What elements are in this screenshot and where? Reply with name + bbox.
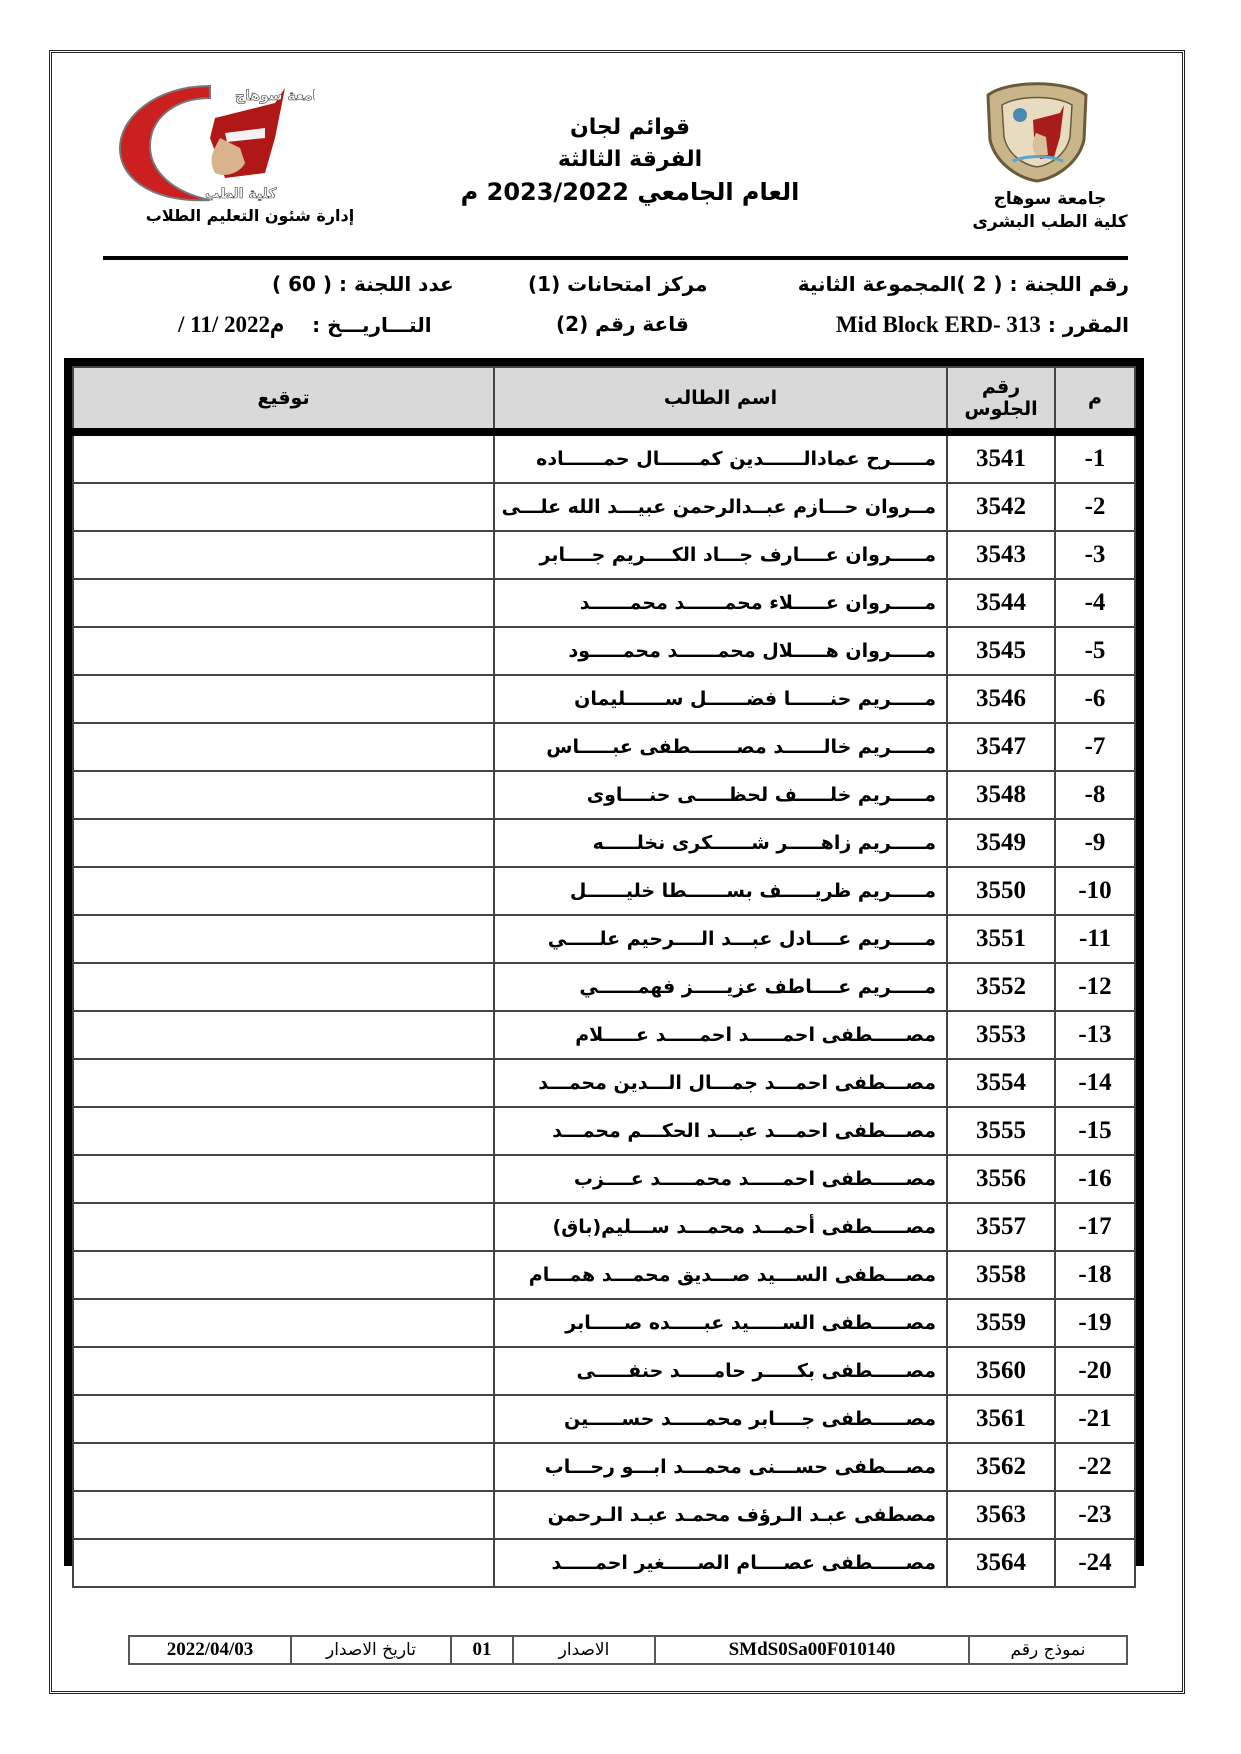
row-index: -2: [1055, 483, 1135, 531]
row-seat-number: 3556: [947, 1155, 1055, 1203]
row-index: -13: [1055, 1011, 1135, 1059]
date-label: التـــاريـــخ :: [312, 313, 431, 337]
row-signature-cell[interactable]: [73, 1251, 494, 1299]
table-row: -193559مصـــــطفى الســـــيد عبـــــده ص…: [73, 1299, 1135, 1347]
row-signature-cell[interactable]: [73, 819, 494, 867]
table-row: -93549مـــــريم زاهـــــر شــــــكرى نخل…: [73, 819, 1135, 867]
table-header-row: م رقم الجلوس اسم الطالب توقيع: [73, 367, 1135, 432]
row-student-name: مـــــريم زاهـــــر شــــــكرى نخلـــــه: [494, 819, 947, 867]
row-student-name: مصـــــطفى احمـــــد احمـــــد عـــــلام: [494, 1011, 947, 1059]
row-seat-number: 3563: [947, 1491, 1055, 1539]
row-signature-cell[interactable]: [73, 963, 494, 1011]
row-seat-number: 3557: [947, 1203, 1055, 1251]
row-seat-number: 3548: [947, 771, 1055, 819]
table-row: -123552مـــــريم عــــاطف عزيـــــز فهمـ…: [73, 963, 1135, 1011]
hall-number: قاعة رقم (2): [556, 312, 689, 336]
row-index: -16: [1055, 1155, 1135, 1203]
row-seat-number: 3546: [947, 675, 1055, 723]
row-seat-number: 3545: [947, 627, 1055, 675]
university-name: جامعة سوهاج: [950, 188, 1150, 211]
row-student-name: مـــــريم خالــــــد مصـــــــطفى عبــــ…: [494, 723, 947, 771]
row-student-name: مـــــروان هـــــلال محمــــــد محمـــــ…: [494, 627, 947, 675]
row-signature-cell[interactable]: [73, 579, 494, 627]
row-signature-cell[interactable]: [73, 1491, 494, 1539]
row-seat-number: 3561: [947, 1395, 1055, 1443]
university-crest: [978, 75, 1096, 183]
row-signature-cell[interactable]: [73, 483, 494, 531]
crescent-logo-icon: جامعة سوهاج كلية الطب: [115, 78, 315, 208]
row-signature-cell[interactable]: [73, 1443, 494, 1491]
date-line: التـــاريـــخ : / 11/ 2022م: [178, 312, 432, 338]
students-table-frame: م رقم الجلوس اسم الطالب توقيع -13541مـــ…: [64, 358, 1144, 1566]
row-signature-cell[interactable]: [73, 1059, 494, 1107]
university-block: جامعة سوهاج كلية الطب البشرى: [950, 188, 1150, 234]
row-signature-cell[interactable]: [73, 723, 494, 771]
row-student-name: مصطفى عبـد الـرؤف محمـد عبـد الـرحمن: [494, 1491, 947, 1539]
row-index: -3: [1055, 531, 1135, 579]
row-student-name: مـــــريم عــــاطف عزيـــــز فهمــــــي: [494, 963, 947, 1011]
row-index: -17: [1055, 1203, 1135, 1251]
row-student-name: مـــــريم ظريـــــف بســــــطا خليــــــ…: [494, 867, 947, 915]
svg-text:كلية الطب: كلية الطب: [205, 186, 277, 202]
row-student-name: مصـــطفى الســـيد صـــديق محمـــد همـــا…: [494, 1251, 947, 1299]
row-index: -10: [1055, 867, 1135, 915]
crest-shield-icon: [978, 75, 1096, 183]
row-index: -14: [1055, 1059, 1135, 1107]
row-index: -15: [1055, 1107, 1135, 1155]
table-row: -143554مصـــطفى احمـــد جمـــال الـــدين…: [73, 1059, 1135, 1107]
row-student-name: مصـــــطفى الســـــيد عبـــــده صـــــاب…: [494, 1299, 947, 1347]
row-student-name: مصـــــطفى جــــابر محمـــــد حســـــين: [494, 1395, 947, 1443]
issue-label: الاصدار: [512, 1637, 654, 1663]
table-row: -133553مصـــــطفى احمـــــد احمـــــد عـ…: [73, 1011, 1135, 1059]
table-row: -223562مصـــطفى حســـنى محمـــد ابـــو ر…: [73, 1443, 1135, 1491]
row-seat-number: 3544: [947, 579, 1055, 627]
table-row: -173557مصـــــطفى أحمـــد محمـــد ســـلي…: [73, 1203, 1135, 1251]
row-index: -4: [1055, 579, 1135, 627]
table-row: -203560مصـــــطفى بكـــــر حامـــــد حنف…: [73, 1347, 1135, 1395]
row-student-name: مصـــــطفى بكـــــر حامـــــد حنفـــــى: [494, 1347, 947, 1395]
table-row: -33543مـــــروان عــــارف جـــاد الكــــ…: [73, 531, 1135, 579]
table-row: -233563مصطفى عبـد الـرؤف محمـد عبـد الـر…: [73, 1491, 1135, 1539]
row-seat-number: 3547: [947, 723, 1055, 771]
table-row: -243564مصـــــطفى عصــــام الصـــــغير ا…: [73, 1539, 1135, 1587]
row-student-name: مصـــطفى احمـــد جمـــال الـــدين محمـــ…: [494, 1059, 947, 1107]
table-row: -83548مـــــريم خلـــــف لحظـــــى حنـــ…: [73, 771, 1135, 819]
table-row: -113551مـــــريم عــــادل عبـــد الــــر…: [73, 915, 1135, 963]
row-seat-number: 3554: [947, 1059, 1055, 1107]
row-index: -18: [1055, 1251, 1135, 1299]
row-seat-number: 3552: [947, 963, 1055, 1011]
committee-count: عدد اللجنة : ( 60 ): [272, 272, 454, 296]
document-titles: قوائم لجان الفرقة الثالثة العام الجامعي …: [430, 112, 830, 208]
row-index: -5: [1055, 627, 1135, 675]
row-signature-cell[interactable]: [73, 1203, 494, 1251]
row-index: -20: [1055, 1347, 1135, 1395]
row-seat-number: 3543: [947, 531, 1055, 579]
exam-center: مركز امتحانات (1): [528, 272, 707, 296]
table-row: -73547مـــــريم خالــــــد مصـــــــطفى …: [73, 723, 1135, 771]
row-index: -21: [1055, 1395, 1135, 1443]
table-row: -63546مـــــريم حنــــــا فضــــــل ســـ…: [73, 675, 1135, 723]
title-third-year: الفرقة الثالثة: [430, 144, 830, 176]
row-signature-cell[interactable]: [73, 627, 494, 675]
row-student-name: مـــــريم عــــادل عبـــد الــــرحيم علـ…: [494, 915, 947, 963]
row-index: -1: [1055, 432, 1135, 483]
form-number-value: SMdS0Sa00F010140: [654, 1637, 968, 1663]
faculty-logo: جامعة سوهاج كلية الطب: [115, 78, 315, 208]
row-signature-cell[interactable]: [73, 1539, 494, 1587]
row-student-name: مـــــروان عــــارف جـــاد الكــــريم جـ…: [494, 531, 947, 579]
row-student-name: مصـــــطفى عصــــام الصـــــغير احمـــــ…: [494, 1539, 947, 1587]
col-seat-header: رقم الجلوس: [947, 367, 1055, 432]
row-signature-cell[interactable]: [73, 675, 494, 723]
row-student-name: مصـــطفى حســـنى محمـــد ابـــو رحـــاب: [494, 1443, 947, 1491]
row-signature-cell[interactable]: [73, 1107, 494, 1155]
course-label: المقرر :: [1048, 313, 1129, 337]
students-table: م رقم الجلوس اسم الطالب توقيع -13541مـــ…: [72, 366, 1136, 1588]
row-student-name: مـــــريم حنــــــا فضــــــل ســــــليم…: [494, 675, 947, 723]
form-number-label: نموذج رقم: [968, 1637, 1126, 1663]
row-seat-number: 3558: [947, 1251, 1055, 1299]
title-academic-year: العام الجامعي 2023/2022 م: [430, 176, 830, 208]
row-signature-cell[interactable]: [73, 1395, 494, 1443]
row-seat-number: 3555: [947, 1107, 1055, 1155]
row-index: -22: [1055, 1443, 1135, 1491]
row-index: -12: [1055, 963, 1135, 1011]
row-seat-number: 3551: [947, 915, 1055, 963]
table-row: -53545مـــــروان هـــــلال محمــــــد مح…: [73, 627, 1135, 675]
row-seat-number: 3559: [947, 1299, 1055, 1347]
table-row: -153555مصـــطفى احمـــد عبـــد الحكـــم …: [73, 1107, 1135, 1155]
row-seat-number: 3550: [947, 867, 1055, 915]
table-body: -13541مـــــرح عمادالــــــدين كمــــــا…: [73, 432, 1135, 1587]
row-seat-number: 3564: [947, 1539, 1055, 1587]
row-index: -9: [1055, 819, 1135, 867]
row-student-name: مصـــــطفى أحمـــد محمـــد ســـليم(باق): [494, 1203, 947, 1251]
title-committee-lists: قوائم لجان: [430, 112, 830, 144]
row-index: -8: [1055, 771, 1135, 819]
row-index: -7: [1055, 723, 1135, 771]
svg-text:جامعة سوهاج: جامعة سوهاج: [235, 88, 315, 104]
row-seat-number: 3562: [947, 1443, 1055, 1491]
row-seat-number: 3560: [947, 1347, 1055, 1395]
row-seat-number: 3542: [947, 483, 1055, 531]
row-seat-number: 3553: [947, 1011, 1055, 1059]
row-signature-cell[interactable]: [73, 771, 494, 819]
table-row: -13541مـــــرح عمادالــــــدين كمــــــا…: [73, 432, 1135, 483]
table-row: -103550مـــــريم ظريـــــف بســــــطا خل…: [73, 867, 1135, 915]
table-row: -43544مـــــروان عـــــلاء محمــــــد مح…: [73, 579, 1135, 627]
faculty-name: كلية الطب البشرى: [950, 211, 1150, 234]
table-row: -213561مصـــــطفى جــــابر محمـــــد حسـ…: [73, 1395, 1135, 1443]
row-signature-cell[interactable]: [73, 1155, 494, 1203]
table-row: -163556مصـــــطفى احمـــــد محمـــــد عـ…: [73, 1155, 1135, 1203]
issue-date-label: تاريخ الاصدار: [290, 1637, 450, 1663]
table-row: -183558مصـــطفى الســـيد صـــديق محمـــد…: [73, 1251, 1135, 1299]
row-seat-number: 3549: [947, 819, 1055, 867]
row-seat-number: 3541: [947, 432, 1055, 483]
row-student-name: مـــــروان عـــــلاء محمــــــد محمـــــ…: [494, 579, 947, 627]
col-name-header: اسم الطالب: [494, 367, 947, 432]
row-student-name: مــروان حـــازم عبــدالرحمن عبيـــد الله…: [494, 483, 947, 531]
row-student-name: مصـــــطفى احمـــــد محمـــــد عــــزب: [494, 1155, 947, 1203]
committee-number: رقم اللجنة : ( 2 )المجموعة الثانية: [798, 272, 1129, 296]
date-value: / 11/ 2022م: [178, 312, 284, 337]
table-row: -23542مــروان حـــازم عبــدالرحمن عبيـــ…: [73, 483, 1135, 531]
col-index-header: م: [1055, 367, 1135, 432]
row-index: -23: [1055, 1491, 1135, 1539]
row-index: -19: [1055, 1299, 1135, 1347]
row-index: -11: [1055, 915, 1135, 963]
row-signature-cell[interactable]: [73, 1299, 494, 1347]
row-signature-cell[interactable]: [73, 915, 494, 963]
course-value: Mid Block ERD- 313: [836, 312, 1041, 337]
row-signature-cell[interactable]: [73, 1347, 494, 1395]
form-footer: نموذج رقم SMdS0Sa00F010140 الاصدار 01 تا…: [128, 1635, 1128, 1665]
row-student-name: مصـــطفى احمـــد عبـــد الحكـــم محمـــد: [494, 1107, 947, 1155]
row-signature-cell[interactable]: [73, 1011, 494, 1059]
row-signature-cell[interactable]: [73, 867, 494, 915]
department-name: إدارة شئون التعليم الطلاب: [140, 206, 360, 225]
row-signature-cell[interactable]: [73, 432, 494, 483]
row-index: -6: [1055, 675, 1135, 723]
header-divider: [103, 256, 1128, 260]
row-student-name: مـــــريم خلـــــف لحظـــــى حنــــاوى: [494, 771, 947, 819]
course-line: المقرر : Mid Block ERD- 313: [836, 312, 1129, 338]
row-signature-cell[interactable]: [73, 531, 494, 579]
issue-value: 01: [450, 1637, 512, 1663]
row-index: -24: [1055, 1539, 1135, 1587]
col-signature-header: توقيع: [73, 367, 494, 432]
issue-date-value: 2022/04/03: [130, 1637, 290, 1663]
row-student-name: مـــــرح عمادالــــــدين كمــــــال حمــ…: [494, 432, 947, 483]
